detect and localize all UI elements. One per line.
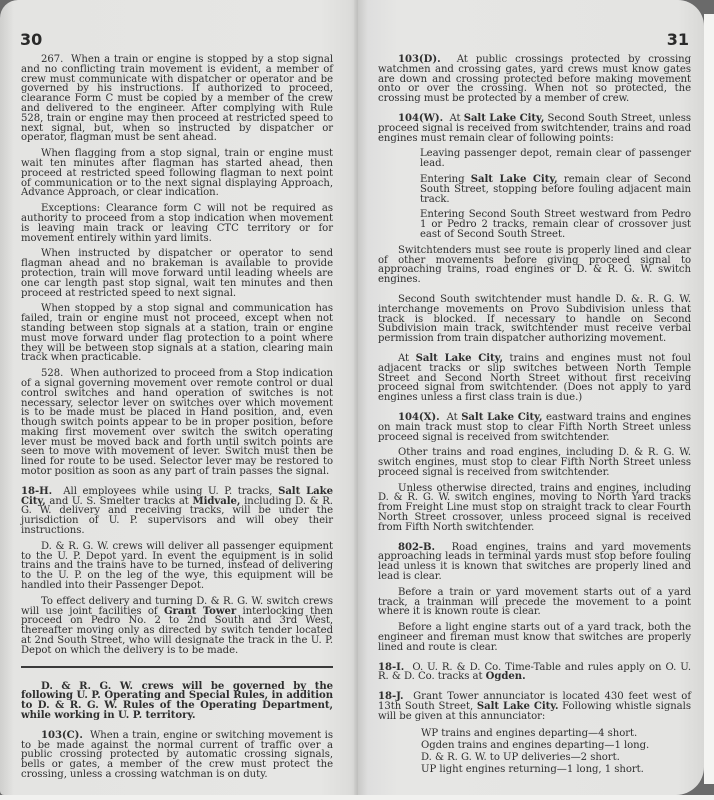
paragraph: At Salt Lake City, trains and engines mu… [378,354,691,403]
whistle-signal-item: UP light engines returning—1 long, 1 sho… [421,764,691,776]
rule-103c-paragraph: 103(C). When a train, engine or switchin… [21,731,333,780]
paragraph: Other trains and road engines, including… [378,448,691,477]
rule-text: O. U. R. & D. Co. Time-Table and rules a… [378,662,691,683]
page-edge [704,14,714,784]
whistle-signal-item: Ogden trains and engines departing—1 lon… [421,740,691,752]
whistle-signal-item: D. & R. G. W. to UP deliveries—2 short. [421,752,691,764]
page-number: 30 [20,30,42,49]
right-page: 31 103(D). At public crossings protected… [358,0,704,795]
rule-104w-paragraph: 104(W). At Salt Lake City, Second South … [378,114,691,143]
paragraph: To effect delivery and turning D. & R. G… [21,597,333,656]
section-divider [21,666,333,668]
page-bottom-edge [0,795,714,800]
rule-802b-paragraph: 802-B. Road engines, trains and yard mov… [378,543,691,582]
paragraph: D. & R. G. W. crews will deliver all pas… [21,542,333,591]
rule-text: When a train or engine is stopped by a s… [21,54,333,143]
clearance-point: Entering Salt Lake City, remain clear of… [420,175,691,204]
left-page-content: 267. When a train or engine is stopped b… [21,55,333,786]
paragraph: Before a light engine starts out of a ya… [378,623,691,652]
paragraph: Exceptions: Clearance form C will not be… [21,204,333,243]
whistle-signal-item: WP trains and engines departing—4 short. [421,728,691,740]
rule-text: When authorized to proceed from a Stop i… [21,368,333,477]
paragraph: When instructed by dispatcher or operato… [21,249,333,298]
rule-18i-paragraph: 18-I. O. U. R. & D. Co. Time-Table and r… [378,663,691,683]
rule-18j-paragraph: 18-J. Grant Tower annunciator is located… [378,692,691,721]
paragraph: When flagging from a stop signal, train … [21,149,333,198]
clearance-points-list: Leaving passenger depot, remain clear of… [378,149,691,239]
clearance-point: Leaving passenger depot, remain clear of… [420,149,691,169]
paragraph: Unless otherwise directed, trains and en… [378,484,691,533]
place-name: Ogden. [486,671,526,682]
rule-18h-paragraph: 18-H. All employees while using U. P. tr… [21,487,333,536]
paragraph: Before a train or yard movement starts o… [378,588,691,617]
page-number: 31 [667,30,689,49]
rule-103d-paragraph: 103(D). At public crossings protected by… [378,55,691,104]
clearance-point: Entering Second South Street westward fr… [420,210,691,239]
whistle-signals-list: WP trains and engines departing—4 short.… [421,728,691,776]
rule-267-paragraph: 267. When a train or engine is stopped b… [21,55,333,143]
book-spread: 30 267. When a train or engine is stoppe… [0,0,714,800]
section-notice: D. & R. G. W. crews will be governed by … [21,682,333,721]
paragraph: When stopped by a stop signal and commun… [21,304,333,363]
left-page: 30 267. When a train or engine is stoppe… [0,0,358,795]
paragraph: Switchtenders must see route is properly… [378,246,691,285]
rule-104x-paragraph: 104(X). At Salt Lake City, eastward trai… [378,413,691,442]
paragraph: Second South switchtender must handle D.… [378,295,691,344]
rule-528-paragraph: 528. When authorized to proceed from a S… [21,369,333,477]
right-page-content: 103(D). At public crossings protected by… [378,55,691,776]
